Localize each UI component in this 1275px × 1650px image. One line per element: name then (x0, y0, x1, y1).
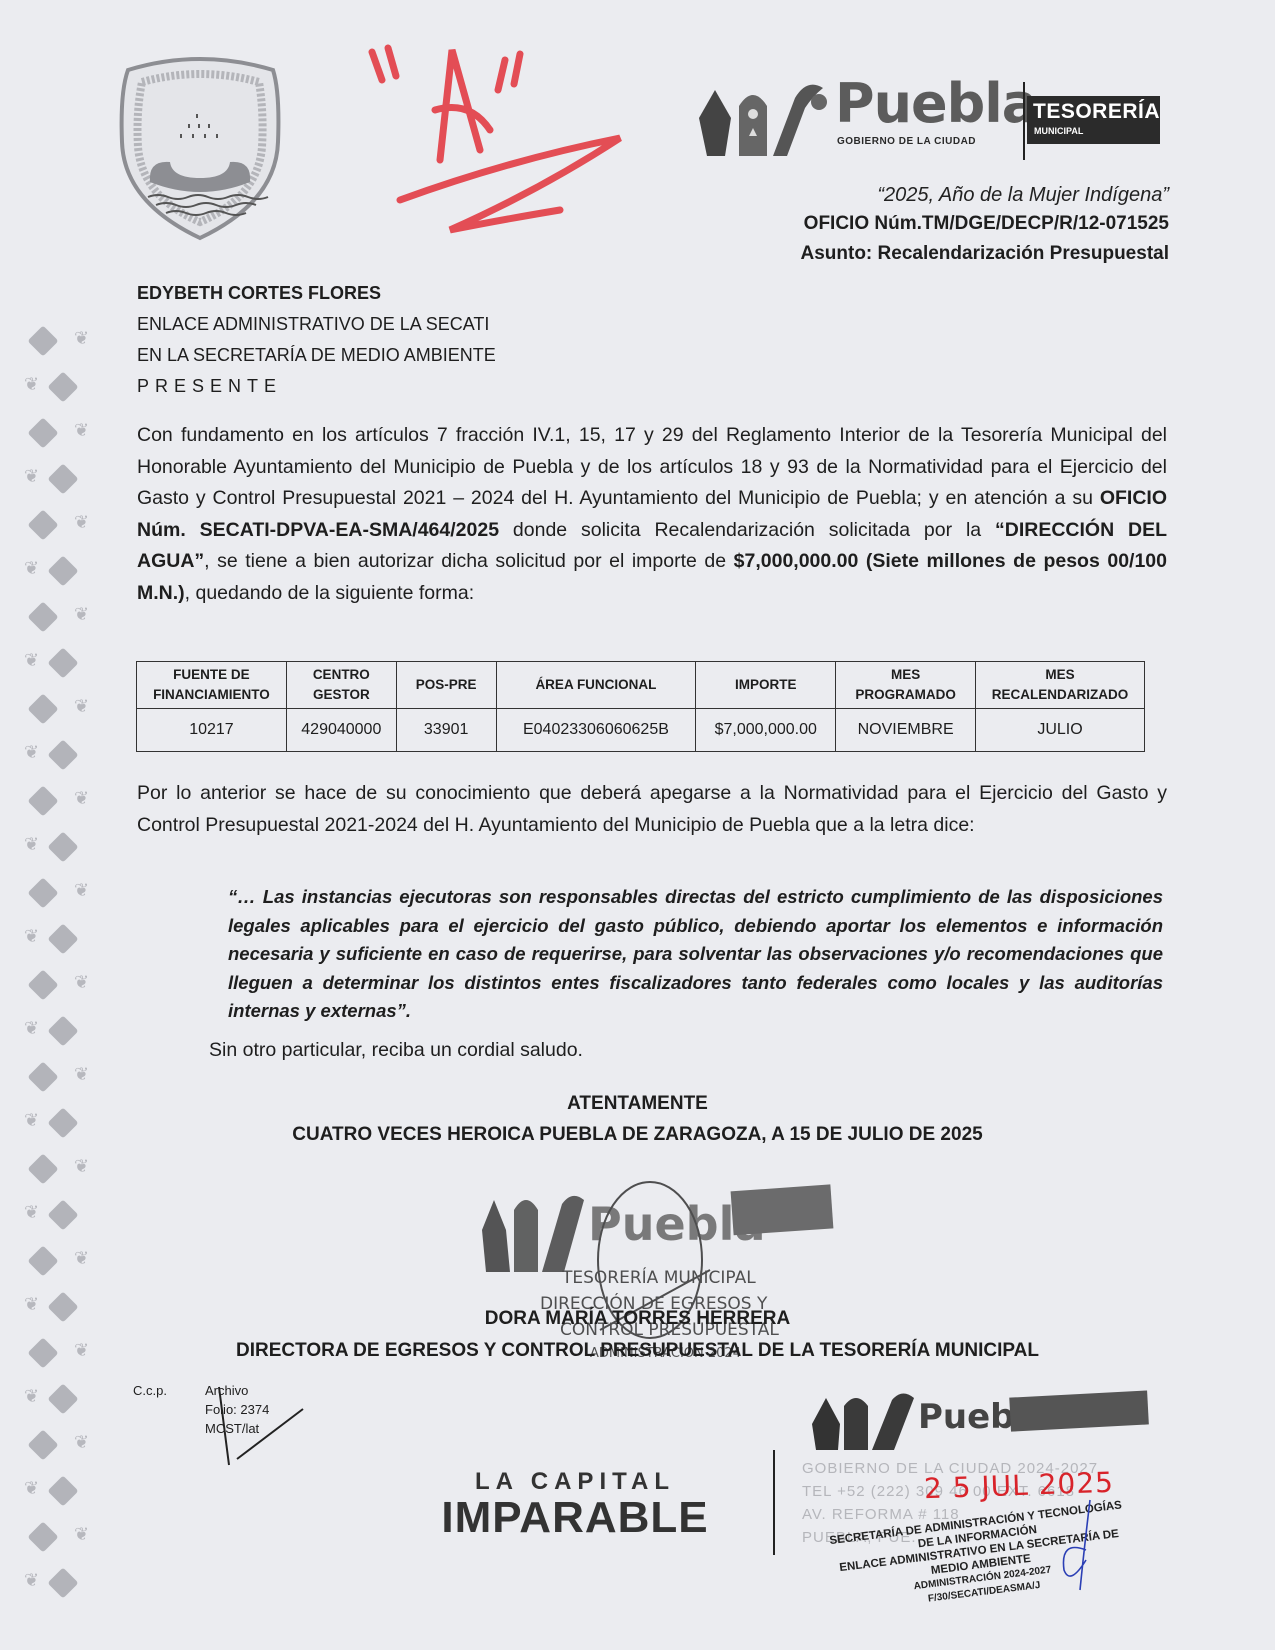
text-run: , quedando de la siguiente forma: (185, 582, 474, 604)
column-header: POS-PRE (396, 662, 496, 709)
logo-divider (1023, 82, 1025, 160)
column-header: CENTRO GESTOR (286, 662, 396, 709)
municipal-crest-icon (108, 52, 293, 242)
table-cell: E04023306060625B (496, 709, 696, 752)
capital-slogan-line2: IMPARABLE (425, 1496, 725, 1540)
seal-line: TESORERÍA MUNICIPAL (562, 1268, 756, 1288)
ccp-label: C.c.p. (133, 1381, 167, 1400)
handwritten-a-mark-icon (360, 40, 660, 260)
text-run: Con fundamento en los artículos 7 fracci… (137, 424, 1167, 509)
normative-quote: “… Las instancias ejecutoras son respons… (228, 883, 1163, 1026)
blue-signature-icon (1050, 1490, 1110, 1600)
received-stamp: Puebla GOBIERNO DE LA CIUDAD 2024-2027 T… (800, 1380, 1180, 1610)
la-capital-imparable-logo: LA CAPITAL IMPARABLE (425, 1468, 725, 1540)
table-cell: 33901 (396, 709, 496, 752)
logo-wordmark: Puebla (835, 72, 1037, 135)
puebla-tesoreria-logo: Puebla GOBIERNO DE LA CIUDAD TESORERÍA M… (695, 78, 1165, 158)
closing-greeting: Sin otro particular, reciba un cordial s… (209, 1039, 583, 1062)
table-header-row: FUENTE DE FINANCIAMIENTOCENTRO GESTORPOS… (137, 662, 1145, 709)
initials-signature-icon (213, 1383, 323, 1473)
text-run: donde solicita Recalendarización solicit… (499, 519, 995, 541)
table-row: 1021742904000033901E04023306060625B$7,00… (137, 709, 1145, 752)
column-header: MES RECALENDARIZADO (976, 662, 1145, 709)
column-header: ÁREA FUNCIONAL (496, 662, 696, 709)
text-run: , se tiene a bien autorizar dicha solici… (204, 550, 733, 572)
decorative-border: ❦❦❦❦❦❦❦❦❦❦❦❦❦❦❦❦❦❦❦❦❦❦❦❦❦❦❦❦ (22, 320, 102, 1630)
table-cell: $7,000,000.00 (696, 709, 836, 752)
tesoreria-badge-subtitle: MUNICIPAL (1034, 126, 1083, 136)
table-cell: 429040000 (286, 709, 396, 752)
table-cell: 10217 (137, 709, 287, 752)
capital-slogan-line1: LA CAPITAL (425, 1468, 725, 1496)
table-cell: JULIO (976, 709, 1145, 752)
tesoreria-badge-title: TESORERÍA (1033, 100, 1160, 124)
puebla-secati-logo-icon: Puebla (810, 1380, 1150, 1450)
body-paragraph-1: Con fundamento en los artículos 7 fracci… (137, 420, 1167, 610)
table-cell: NOVIEMBRE (836, 709, 976, 752)
city-monuments-icon (695, 78, 835, 156)
logo-subtitle: GOBIERNO DE LA CIUDAD (837, 136, 976, 147)
recipient-name: EDYBETH CORTES FLORES (137, 278, 496, 309)
budget-table: FUENTE DE FINANCIAMIENTOCENTRO GESTORPOS… (136, 661, 1145, 752)
column-header: MES PROGRAMADO (836, 662, 976, 709)
tesoreria-badge: TESORERÍA MUNICIPAL (1027, 96, 1160, 144)
oficio-number: OFICIO Núm.TM/DGE/DECP/R/12-071525 (801, 213, 1170, 235)
atentamente-label: ATENTAMENTE (0, 1093, 1275, 1115)
year-motto: “2025, Año de la Mujer Indígena” (801, 184, 1170, 207)
place-and-date: CUATRO VECES HEROICA PUEBLA DE ZARAGOZA,… (0, 1124, 1275, 1146)
signer-title: DIRECTORA DE EGRESOS Y CONTROL PRESUPUES… (0, 1340, 1275, 1362)
body-paragraph-2: Por lo anterior se hace de su conocimien… (137, 778, 1167, 841)
subject-line: Asunto: Recalendarización Presupuestal (801, 243, 1170, 265)
column-header: IMPORTE (696, 662, 836, 709)
presente-label: PRESENTE (137, 371, 496, 402)
recipient-department: EN LA SECRETARÍA DE MEDIO AMBIENTE (137, 340, 496, 371)
document-header: “2025, Año de la Mujer Indígena” OFICIO … (801, 184, 1170, 265)
column-header: FUENTE DE FINANCIAMIENTO (137, 662, 287, 709)
recipient-position: ENLACE ADMINISTRATIVO DE LA SECATI (137, 309, 496, 340)
recipient-block: EDYBETH CORTES FLORES ENLACE ADMINISTRAT… (137, 278, 496, 402)
signer-name: DORA MARÍA TORRES HERRERA (0, 1308, 1275, 1330)
footer-divider (773, 1450, 775, 1555)
tesoreria-seal-stamp: Puebla TESORERÍA MUNICIPAL DIRECCIÓN DE … (480, 1160, 840, 1360)
